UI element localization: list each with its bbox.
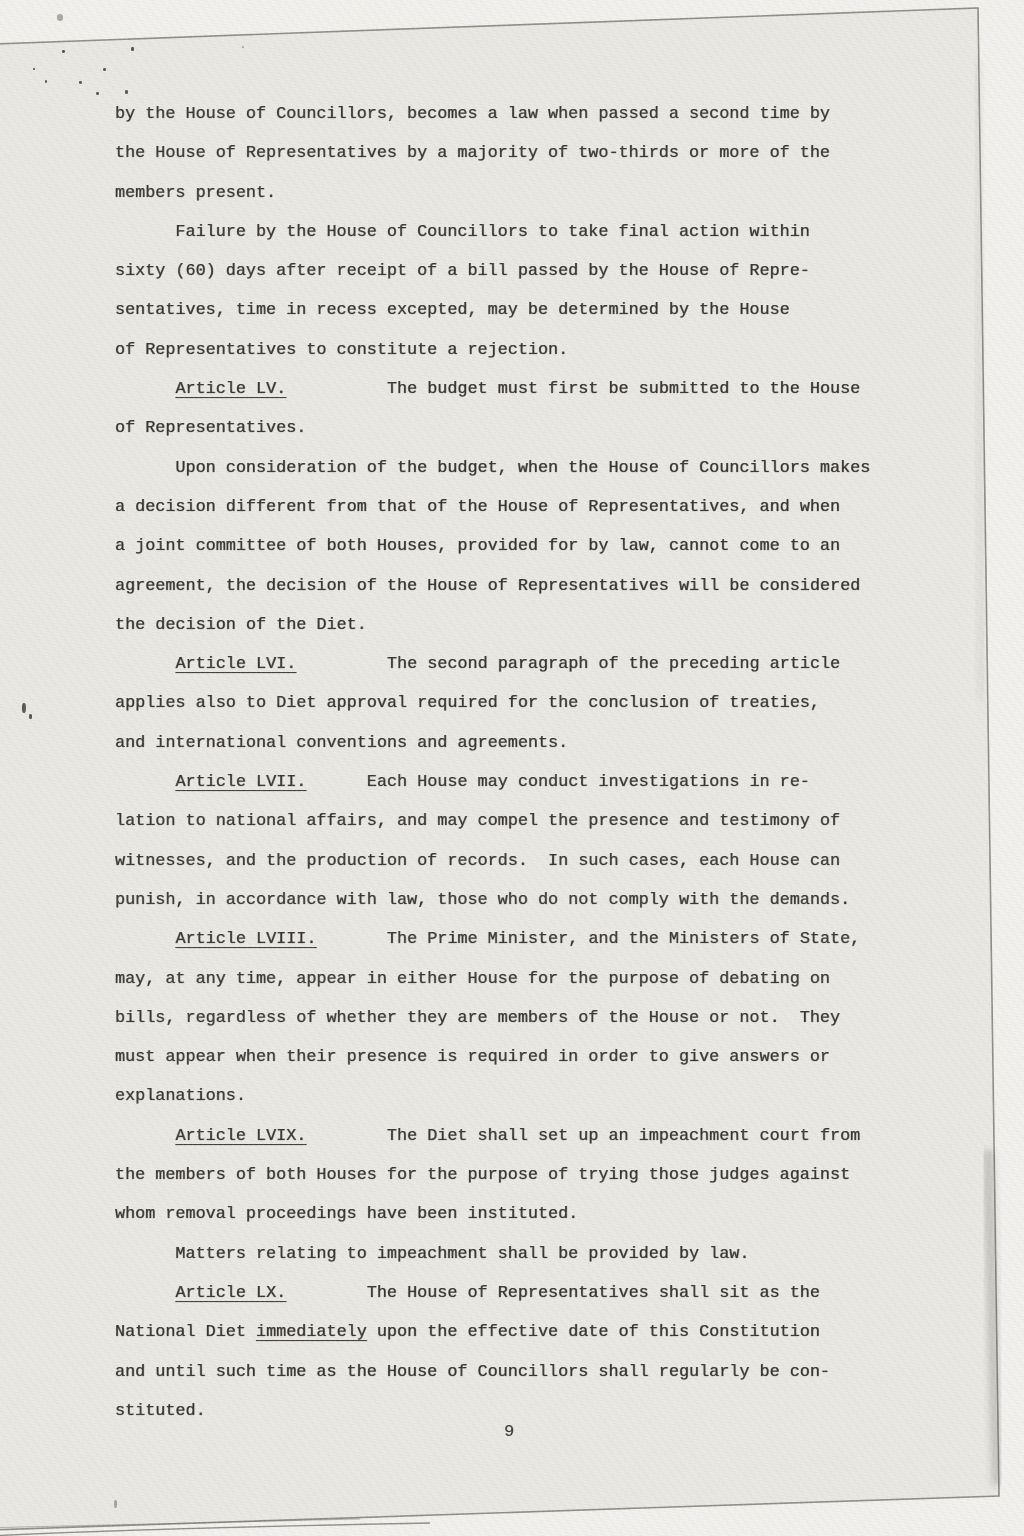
underlined-text: Article LVII. xyxy=(175,773,306,792)
page-number: 9 xyxy=(504,1423,514,1442)
text-line: a joint committee of both Houses, provid… xyxy=(115,527,995,566)
ink-speck xyxy=(62,50,65,53)
underlined-text: Article LVI. xyxy=(175,655,296,674)
ink-speck xyxy=(96,92,99,95)
text-line: a decision different from that of the Ho… xyxy=(115,488,995,527)
text-line: sentatives, time in recess excepted, may… xyxy=(115,291,995,330)
text-line: the decision of the Diet. xyxy=(115,606,995,645)
underlined-text: immediately xyxy=(256,1323,367,1342)
text-line: must appear when their presence is requi… xyxy=(115,1038,995,1077)
text-line: the House of Representatives by a majori… xyxy=(115,134,995,173)
text-line: Article LVII. Each House may conduct inv… xyxy=(115,763,995,802)
text-line: Article LV. The budget must first be sub… xyxy=(115,370,995,409)
text-line: agreement, the decision of the House of … xyxy=(115,567,995,606)
underlined-text: Article LVIX. xyxy=(175,1127,306,1146)
text-line: stituted. xyxy=(115,1392,995,1431)
text-line: National Diet immediately upon the effec… xyxy=(115,1313,995,1352)
text-line: sixty (60) days after receipt of a bill … xyxy=(115,252,995,291)
ink-speck xyxy=(131,47,134,51)
ink-speck xyxy=(103,68,106,71)
text-line: the members of both Houses for the purpo… xyxy=(115,1156,995,1195)
ink-speck xyxy=(33,68,35,70)
text-line: punish, in accordance with law, those wh… xyxy=(115,881,995,920)
text-line: Article LVIX. The Diet shall set up an i… xyxy=(115,1117,995,1156)
text-line: witnesses, and the production of records… xyxy=(115,842,995,881)
text-line: of Representatives. xyxy=(115,409,995,448)
ink-speck xyxy=(45,80,47,83)
ink-speck xyxy=(79,81,82,84)
ink-speck xyxy=(114,1500,117,1508)
document-text: by the House of Councillors, becomes a l… xyxy=(115,95,995,1431)
text-line: of Representatives to constitute a rejec… xyxy=(115,331,995,370)
text-line: bills, regardless of whether they are me… xyxy=(115,999,995,1038)
underlined-text: Article LV. xyxy=(175,380,286,399)
text-line: explanations. xyxy=(115,1077,995,1116)
text-line: members present. xyxy=(115,174,995,213)
text-line: and until such time as the House of Coun… xyxy=(115,1353,995,1392)
ink-speck xyxy=(29,714,32,719)
ink-speck xyxy=(22,703,26,713)
text-line: Article LX. The House of Representatives… xyxy=(115,1274,995,1313)
text-line: lation to national affairs, and may comp… xyxy=(115,802,995,841)
underlined-text: Article LX. xyxy=(175,1284,286,1303)
text-line: Upon consideration of the budget, when t… xyxy=(115,449,995,488)
ink-speck xyxy=(125,90,128,94)
ink-speck xyxy=(57,14,63,21)
text-line: whom removal proceedings have been insti… xyxy=(115,1195,995,1234)
text-line: and international conventions and agreem… xyxy=(115,724,995,763)
text-line: Failure by the House of Councillors to t… xyxy=(115,213,995,252)
text-line: Matters relating to impeachment shall be… xyxy=(115,1235,995,1274)
ink-speck xyxy=(242,46,244,48)
text-line: Article LVI. The second paragraph of the… xyxy=(115,645,995,684)
text-line: Article LVIII. The Prime Minister, and t… xyxy=(115,920,995,959)
scanned-typewritten-page: by the House of Councillors, becomes a l… xyxy=(0,0,1024,1536)
text-line: applies also to Diet approval required f… xyxy=(115,684,995,723)
text-line: may, at any time, appear in either House… xyxy=(115,960,995,999)
text-line: by the House of Councillors, becomes a l… xyxy=(115,95,995,134)
underlined-text: Article LVIII. xyxy=(175,930,316,949)
